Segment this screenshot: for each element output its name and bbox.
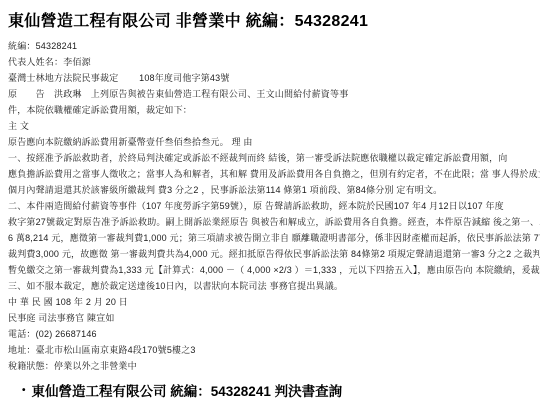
reason-line-3: 個月內聲請退還其於該審級所繳裁判 費3 分之2 ，民事訴訟法第114 條第1 項… <box>8 186 534 195</box>
court-ruling-page: 東仙營造工程有限公司 非營業中 統編：54328241 統編：54328241 … <box>0 0 540 405</box>
representative-line: 代表人姓名：李佰源 <box>8 58 534 67</box>
tax-id-line: 統編：54328241 <box>8 42 534 51</box>
bullet-icon: • <box>22 385 26 396</box>
party-line-continued: 件，本院依職權確定訴訟費用額，裁定如下： <box>8 106 534 115</box>
main-text-label: 主 文 <box>8 122 534 131</box>
page-title: 東仙營造工程有限公司 非營業中 統編：54328241 <box>8 8 534 31</box>
reason-line-9: 三、如不服本裁定，應於裁定送達後10日內，以書狀向本院司法 事務官提出異議。 <box>8 282 534 291</box>
reason-line-8: 暫免繳交之第一審裁判費為1,333 元【計算式：4,000 －（ 4,000 ×… <box>8 266 534 275</box>
reason-line-4: 二、本件兩造間給付薪資等事件（107 年度勞訴字第59號），原 告聲請訴訟救助，… <box>8 202 534 211</box>
party-line: 原 告 洪政琳 上列原告與被告東仙營造工程有限公司、王文山間給付薪資等事 <box>8 90 534 99</box>
ruling-date: 中 華 民 國 108 年 2 月 20 日 <box>8 298 534 307</box>
reason-line-2: 應負擔訴訟費用之當事人徵收之；當事人為和解者，其和解 費用及訴訟費用各自負擔之，… <box>8 170 534 179</box>
reason-line-6: 6 萬8,214 元，應徵第一審裁判費1,000 元；第三項請求被告開立非自 願… <box>8 234 534 243</box>
court-name: 臺灣士林地方法院民事裁定 <box>8 73 118 83</box>
reason-line-7: 裁判費3,000 元，故應徵 第一審裁判費共為4,000 元。經扣抵原告得依民事… <box>8 250 534 259</box>
phone-line: 電話：(02) 26687146 <box>8 330 534 339</box>
case-number: 108年度司他字第43號 <box>139 74 229 83</box>
judgment-query-item[interactable]: • 東仙營造工程有限公司 統編：54328241 判決書查詢 <box>8 380 534 400</box>
court-case-line: 臺灣士林地方法院民事裁定 108年度司他字第43號 <box>8 74 534 83</box>
main-text: 原告應向本院繳納訴訟費用新臺幣壹仟叁佰叁拾叁元。 理 由 <box>8 138 534 147</box>
reason-line-5: 救字第27號裁定對原告准予訴訟救助。嗣上開訴訟業經原告 與被告和解成立，訴訟費用… <box>8 218 534 227</box>
court-officer: 民事庭 司法事務官 陳宣如 <box>8 314 534 323</box>
judgment-query-link[interactable]: 東仙營造工程有限公司 統編：54328241 判決書查詢 <box>32 380 343 400</box>
reason-line-1: 一、按經准予訴訟救助者，於終局判決確定或訴訟不經裁判而終 結後，第一審受訴法院應… <box>8 154 534 163</box>
address-line: 地址：臺北市松山區南京東路4段170號5樓之3 <box>8 346 534 355</box>
tax-status-line: 稅籍狀態：停業以外之非營業中 <box>8 362 534 371</box>
